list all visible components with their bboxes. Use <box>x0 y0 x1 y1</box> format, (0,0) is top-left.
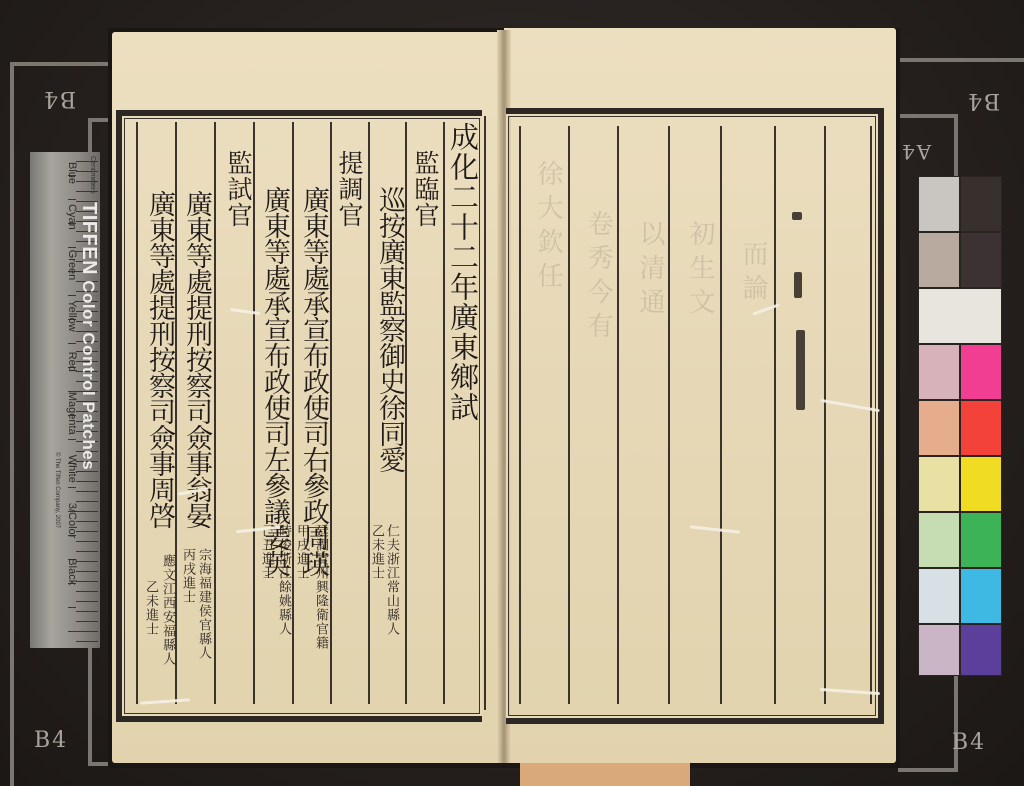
color-control-chart <box>918 176 1002 676</box>
bleed-through-text: 徐大欽任 <box>530 160 567 296</box>
patch-warm-gray <box>918 232 960 288</box>
patch-cyan <box>960 568 1002 624</box>
patch-light-gray <box>918 176 960 232</box>
column-rule <box>617 126 619 704</box>
official-note: 時俊浙江餘姚縣人 <box>276 524 291 636</box>
column-rule <box>484 116 486 710</box>
official-degree: 乙未進士 <box>369 524 384 580</box>
ink-mark <box>794 272 802 298</box>
ruler-swatch-labels: BlueCyanGreenYellowRedMagentaWhite3/Colo… <box>66 162 78 605</box>
bleed-through-text: 而論 <box>735 240 772 308</box>
official-degree: 乙未進士 <box>143 580 158 636</box>
exam-title: 成化二十二年廣東鄉試 <box>446 122 480 422</box>
patch-red <box>960 400 1002 456</box>
swatch-label: Black <box>66 558 78 585</box>
b4-marker-bottom-right: B4 <box>952 730 986 755</box>
tiffen-color-ruler: Centimeters TIFFEN Color Control Patches… <box>30 152 100 648</box>
role-director: 提調官 <box>331 150 367 228</box>
ink-mark <box>796 330 805 410</box>
patch-magenta <box>960 344 1002 400</box>
patch-green <box>960 512 1002 568</box>
ink-mark <box>792 212 802 220</box>
official-note: 廷潤貴州興隆衛官籍 <box>313 524 328 650</box>
official-degree: 丙戌進士 <box>180 548 195 604</box>
patch-light-blue <box>918 624 960 676</box>
swatch-label: White <box>66 455 78 483</box>
swatch-label: Cyan <box>66 204 78 230</box>
ruler-brand: TIFFEN Color Control Patches <box>77 202 100 470</box>
column-rule <box>136 122 138 704</box>
patch-dark-gray <box>960 176 1002 232</box>
ruler-units-label: Centimeters <box>89 156 96 194</box>
bleed-through-text: 卷秀今有 <box>580 210 617 346</box>
official-name: 廣東等處提刑按察司僉事翁晏 <box>177 190 216 528</box>
official-note: 仁夫浙江常山縣人 <box>384 524 399 636</box>
swatch-label: Red <box>66 352 78 372</box>
b4-marker-bottom-left: B4 <box>34 728 68 753</box>
patch-light-red <box>918 400 960 456</box>
column-rule <box>443 122 445 704</box>
ruler-copyright: © The Tiffen Company, 2007 <box>54 452 60 528</box>
swatch-label: Magenta <box>66 392 78 435</box>
a4-marker-top-right: A4 <box>900 140 931 164</box>
patch-light-cyan <box>918 568 960 624</box>
ruler-product-name: Color Control Patches <box>79 280 98 470</box>
column-rule <box>824 126 826 704</box>
column-rule <box>519 126 521 704</box>
official-degree: 己丑進士 <box>259 524 274 580</box>
swatch-label: Blue <box>66 162 78 184</box>
swatch-label: Yellow <box>66 300 78 331</box>
patch-blue <box>960 624 1002 676</box>
bookmark-tab <box>520 763 690 786</box>
official-degree: 甲戌進士 <box>294 524 309 580</box>
patch-light-magenta <box>918 344 960 400</box>
role-supervisor: 監臨官 <box>407 150 443 228</box>
ruler-brand-name: TIFFEN <box>78 202 100 275</box>
official-note: 應文江西安福縣人 <box>160 554 175 666</box>
patch-light-green <box>918 512 960 568</box>
role-examiner: 監試官 <box>220 150 256 228</box>
bleed-through-text: 以清通 <box>632 220 669 322</box>
swatch-label: 3/Color <box>66 503 78 538</box>
column-rule <box>668 126 670 704</box>
patch-white <box>918 288 1002 344</box>
official-name: 廣東等處承宣布政使司左參議姜英 <box>255 186 294 576</box>
column-rule <box>720 126 722 704</box>
official-name: 廣東等處提刑按察司僉事周啓 <box>140 190 179 528</box>
column-rule <box>774 126 776 704</box>
b4-guide-line-right <box>898 58 1024 62</box>
b4-marker-top-right: B4 <box>966 88 1000 113</box>
patch-yellow <box>960 456 1002 512</box>
patch-brown-black <box>960 232 1002 288</box>
official-name: 巡按廣東監察御史徐同愛 <box>370 186 409 472</box>
official-note: 宗海福建侯官縣人 <box>196 548 211 660</box>
swatch-label: Green <box>66 250 78 281</box>
column-rule <box>568 126 570 704</box>
b4-marker-top-left: B4 <box>42 86 76 111</box>
official-name: 廣東等處承宣布政使司右參政周瑛 <box>294 186 333 576</box>
column-rule <box>870 126 872 704</box>
bleed-through-text: 初生文 <box>682 220 719 322</box>
patch-light-yellow <box>918 456 960 512</box>
